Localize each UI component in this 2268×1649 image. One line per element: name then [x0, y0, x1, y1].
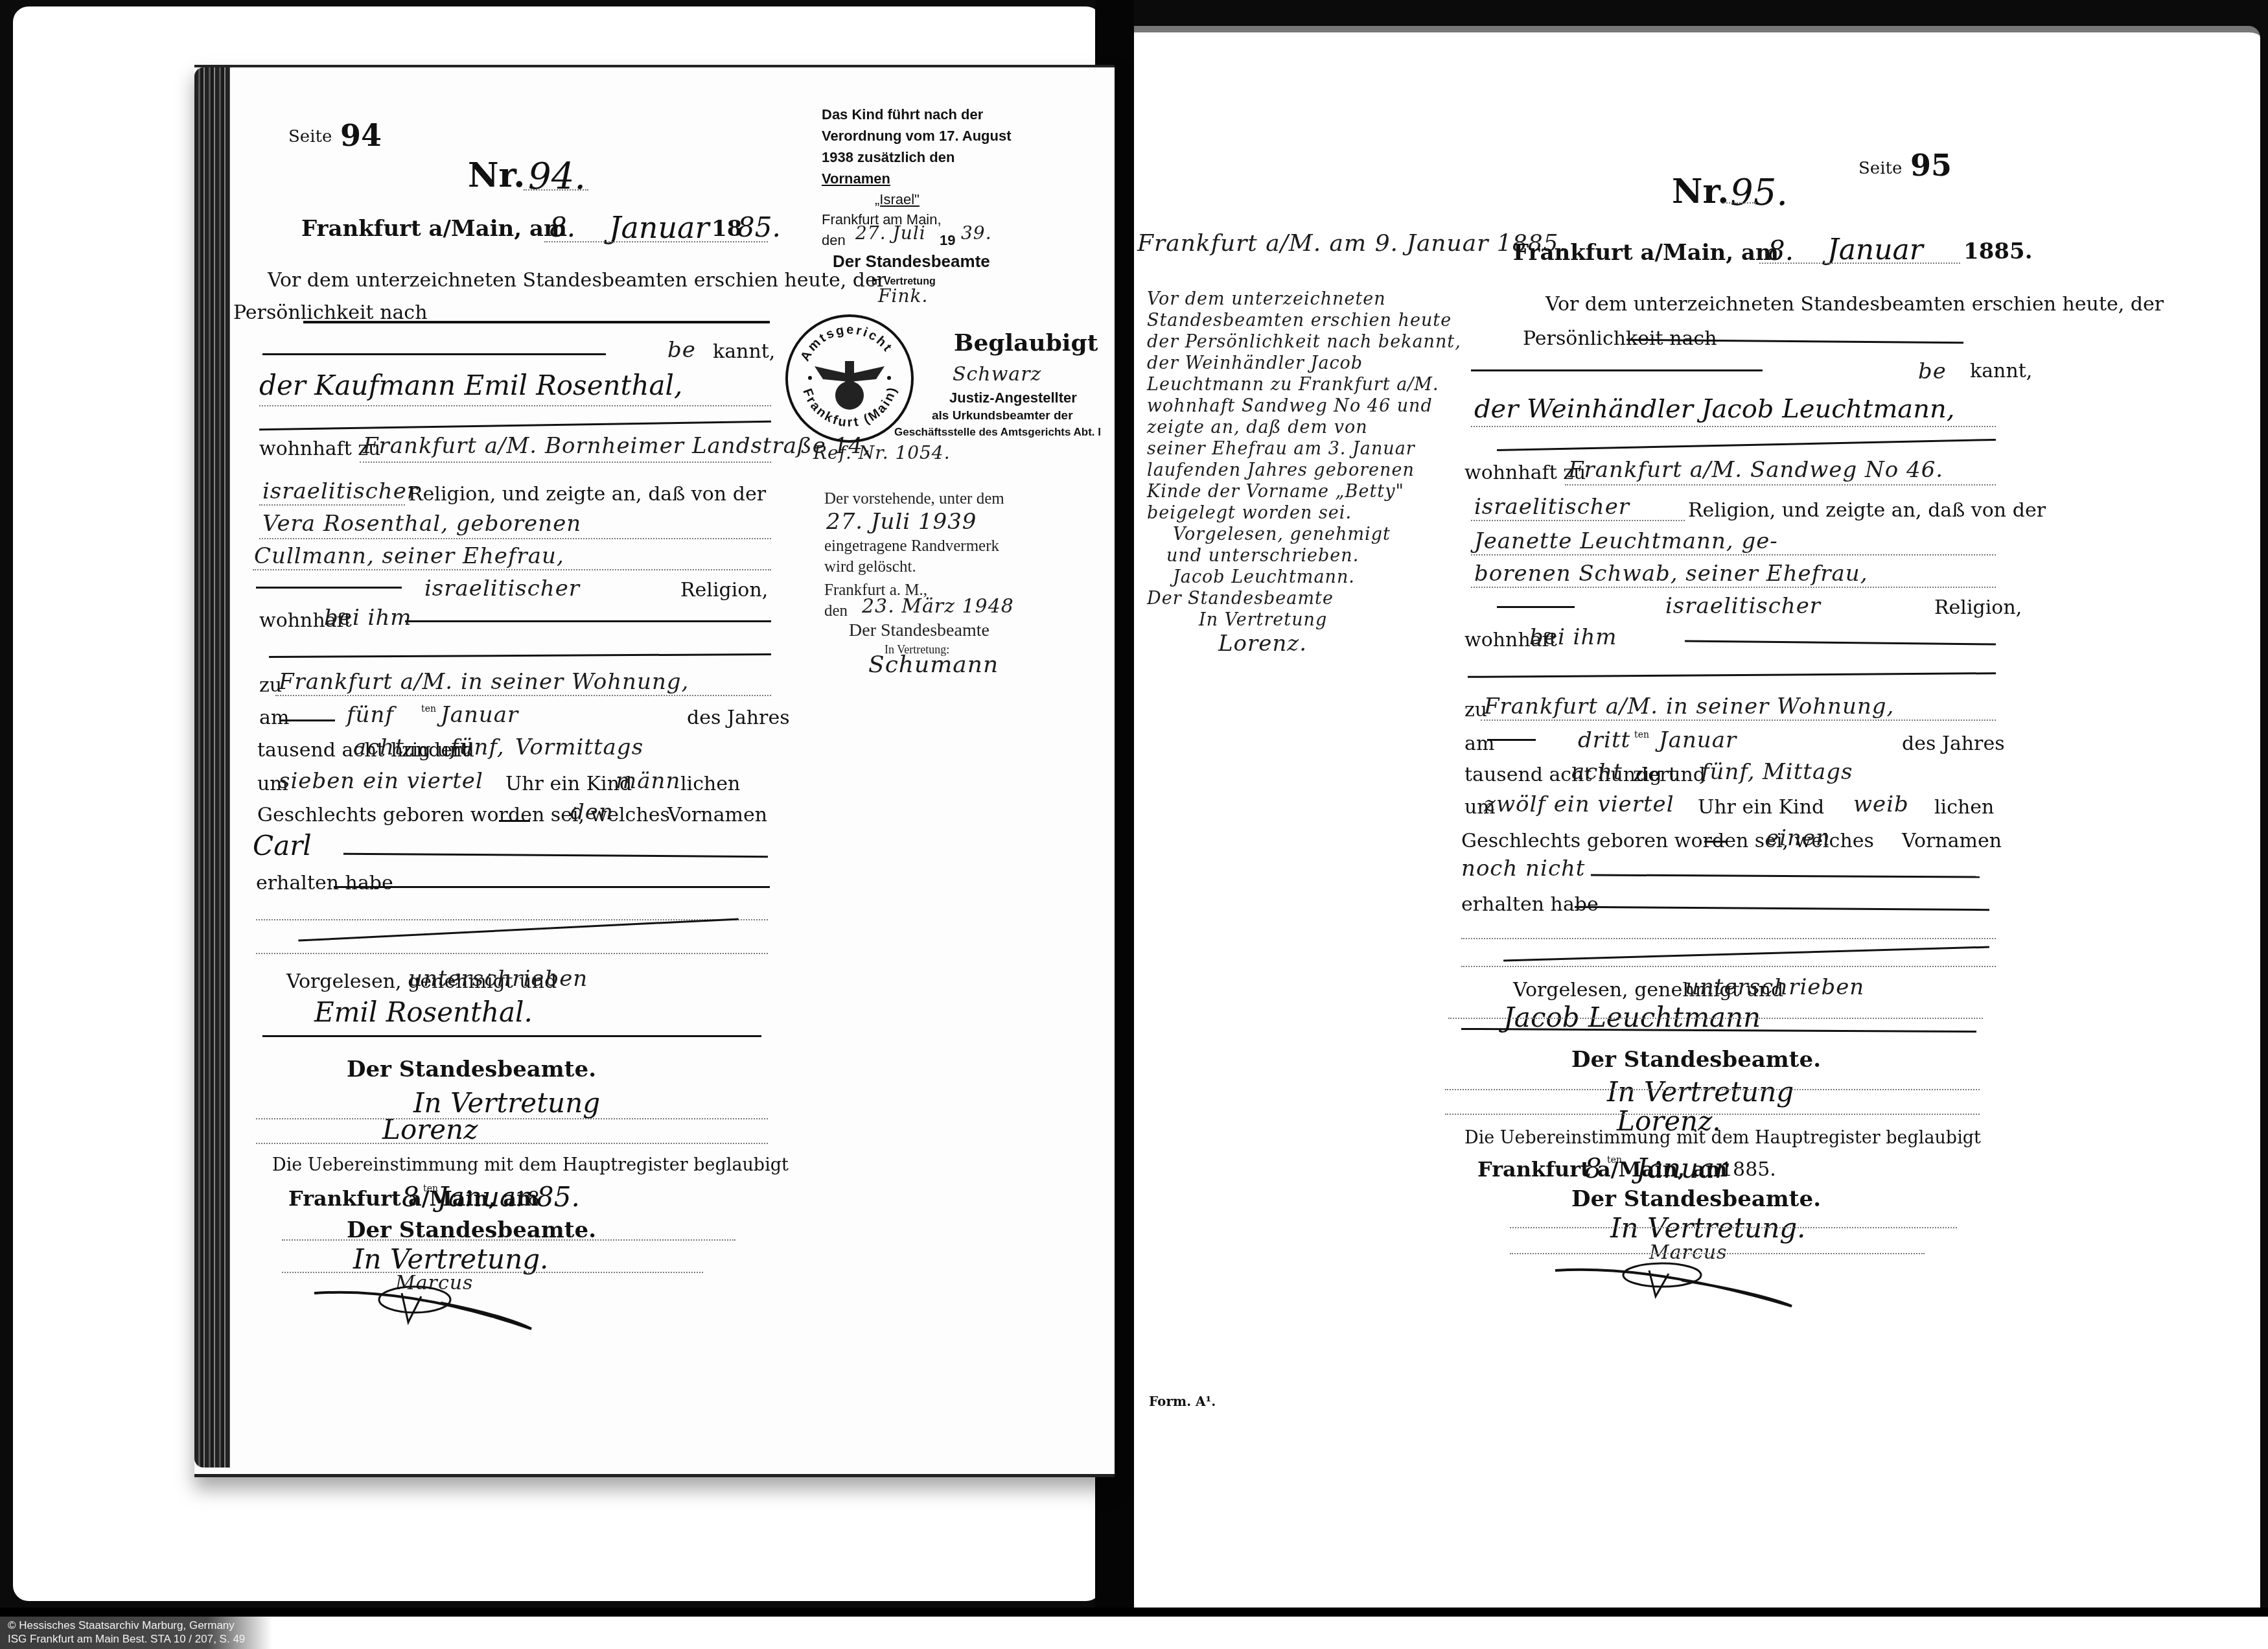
conformity-day: 8 [402, 1181, 419, 1213]
page-edge-binding [194, 67, 230, 1468]
margin-line: Standesbeamten erschien heute [1147, 310, 1471, 331]
ten-superscript: ten [421, 704, 436, 714]
annulment-den-label: den [824, 600, 848, 622]
record-year-right: 1885. [1963, 239, 2032, 264]
signed-word-right: unterschrieben [1685, 974, 1864, 1000]
margin-line: In Vertretung [1147, 609, 1471, 631]
annulment-date: 27. Juli 1939 [826, 509, 977, 535]
registrar2-signature-line1: In Vertretung. [353, 1243, 548, 1275]
stamp-line2: Verordnung vom 17. August [822, 125, 1012, 146]
scan-bottom-edge [0, 1608, 2268, 1617]
place-date-label-right: Frankfurt a/Main, am [1513, 240, 1779, 266]
copyright-line: © Hessisches Staatsarchiv Marburg, Germa… [8, 1619, 245, 1632]
margin-line: Der Standesbeamte [1147, 588, 1471, 609]
stamp-year: 39. [961, 222, 992, 244]
zig-label-right: zig und [1633, 764, 1706, 786]
margin-line: Vor dem unterzeichneten [1147, 288, 1471, 310]
received-label: erhalten habe [256, 872, 393, 895]
annulment-line2: eingetragene Randvermerk [824, 535, 999, 557]
den-word: den [570, 799, 614, 825]
margin-line: zeigte an, daß dem von [1147, 417, 1471, 438]
birth-unit-right: fünf, [1701, 759, 1755, 785]
margin-date: Frankfurt a/M. am 9. Januar 1885. [1137, 230, 1567, 257]
copyright-caption: © Hessisches Staatsarchiv Marburg, Germa… [8, 1619, 245, 1646]
annulment-line1: Der vorstehende, unter dem [824, 487, 1004, 510]
lichen-label: lichen [680, 773, 740, 795]
known-label-right: kannt, [1970, 360, 2032, 382]
birth-decade: acht [353, 734, 404, 760]
personality-label-right: Persönlichkeit nach [1523, 327, 1717, 350]
lichen-label-right: lichen [1934, 796, 1994, 819]
signed-word: unterschrieben [408, 966, 588, 992]
annulment-signature: Schumann [868, 651, 999, 678]
margin-line: beigelegt worden sei. [1147, 502, 1471, 524]
birth-month: Januar [441, 702, 518, 728]
stamp-title: Der Standesbeamte [833, 251, 990, 272]
annulment-date2: 23. März 1948 [862, 595, 1014, 618]
declarant-name: der Kaufmann Emil Rosenthal, [259, 369, 682, 401]
declarant-name-right: der Weinhändler Jacob Leuchtmann, [1474, 394, 1954, 424]
conformity-year-suffix: 85. [537, 1181, 580, 1213]
seite-label: Seite [288, 127, 332, 146]
record-date-month: Januar [609, 210, 710, 245]
source-reference-line: ISG Frankfurt am Main Best. STA 10 / 207… [8, 1632, 245, 1646]
margin-line: und unterschrieben. [1147, 545, 1471, 567]
margin-line: laufenden Jahres geborenen [1147, 460, 1471, 481]
birth-unit: fünf, [450, 734, 505, 760]
stamp-line3: 1938 zusätzlich den [822, 146, 955, 168]
am-label: am [259, 707, 289, 729]
mother-religion-right: israelitischer [1665, 593, 1821, 619]
margin-line: seiner Ehefrau am 3. Januar [1147, 438, 1471, 460]
page-number: 94 [340, 118, 382, 153]
time-of-day-right: Mittags [1763, 759, 1853, 785]
stamp-den-label: den [822, 229, 846, 251]
margin-line: der Persönlichkeit nach bekannt, [1147, 331, 1471, 353]
known-prefix: be [667, 337, 696, 363]
vornamen-label-right: Vornamen [1902, 830, 2002, 852]
mother-residence-right: bei ihm [1529, 624, 1617, 650]
religion-text-right: Religion, und zeigte an, daß von der [1688, 499, 2046, 522]
mother-residence: bei ihm [324, 605, 412, 631]
conformity-ten: ten [423, 1184, 438, 1194]
margin-line: wohnhaft Sandweg No 46 und [1147, 395, 1471, 417]
intro-text: Vor dem unterzeichneten Standesbeamten e… [268, 269, 886, 292]
den-word-right: einen [1766, 825, 1831, 851]
margin-note-right: Vor dem unterzeichneten Standesbeamten e… [1147, 288, 1471, 657]
birthplace-right: Frankfurt a/M. in seiner Wohnung, [1484, 694, 1894, 719]
eagle-icon [815, 361, 885, 410]
birth-day-right: dritt [1578, 727, 1630, 753]
known-label: kannt, [713, 340, 775, 363]
declarant-religion: israelitischer [262, 478, 418, 504]
religion-text: Religion, und zeigte an, daß von der [408, 483, 766, 506]
birth-time: sieben ein viertel [279, 768, 483, 794]
svg-text:Amtsgericht: Amtsgericht [798, 323, 895, 364]
signature-flourish-icon [311, 1283, 557, 1335]
record-date-day: 8. [550, 211, 575, 243]
record-number-label: Nr. [468, 156, 525, 195]
year-label: des Jahres [687, 707, 790, 729]
uhr-label: Uhr ein Kind [505, 773, 632, 795]
record-date-month-right: Januar [1827, 233, 1923, 266]
mother-religion-label: Religion, [680, 579, 768, 602]
conformity-text: Die Uebereinstimmung mit dem Hauptregist… [272, 1155, 789, 1175]
conformity-month-right: Januar [1636, 1152, 1728, 1184]
birthplace: Frankfurt a/M. in seiner Wohnung, [279, 669, 689, 695]
stamp-date: 27. Juli [855, 222, 926, 244]
declarant-signature: Emil Rosenthal. [314, 996, 533, 1028]
child-sex: männ [616, 768, 680, 794]
child-name-right: noch nicht [1461, 856, 1586, 882]
known-prefix-right: be [1918, 358, 1947, 384]
margin-line: Vorgelesen, genehmigt [1147, 524, 1471, 545]
registrar-title-right: Der Standesbeamte. [1571, 1047, 1821, 1073]
mother-name-line1-right: Jeanette Leuchtmann, ge- [1474, 528, 1778, 554]
place-date-label: Frankfurt a/Main, am [301, 216, 567, 242]
birth-decade-right: acht [1571, 759, 1623, 785]
stamp-line4: Vornamen [822, 168, 890, 189]
annulment-line3: wird gelöscht. [824, 556, 916, 578]
child-sex-right: weib [1853, 791, 1909, 817]
stamp-line1: Das Kind führt nach der [822, 104, 983, 125]
record-date-day-right: 8. [1768, 235, 1794, 266]
certification-signature: Schwarz [953, 363, 1041, 386]
record-number-right: 95. [1730, 172, 1788, 214]
stamp-added-name: „Israel" [875, 189, 920, 210]
mother-name-line2: Cullmann, seiner Ehefrau, [254, 543, 564, 569]
birth-month-right: Januar [1659, 727, 1737, 753]
seite-label-right: Seite [1858, 159, 1902, 178]
stamp-year-prefix: 19 [940, 229, 955, 251]
child-name: Carl [253, 830, 312, 861]
birth-time-right: zwölf ein viertel [1484, 791, 1674, 817]
registrar-signature-line1-right: In Vertretung [1607, 1076, 1794, 1108]
am-label-right: am [1464, 732, 1494, 755]
record-number: 94. [528, 156, 586, 198]
form-label: Form. A¹. [1149, 1394, 1216, 1409]
mother-name-line2-right: borenen Schwab, seiner Ehefrau, [1474, 561, 1868, 587]
certification-line3: Geschäftsstelle des Amtsgerichts Abt. I [894, 421, 1101, 443]
registrar-title: Der Standesbeamte. [347, 1057, 596, 1082]
signature-flourish-right-icon [1552, 1261, 1811, 1313]
declarant-residence-right: Frankfurt a/M. Sandweg No 46. [1568, 457, 1943, 483]
margin-line: der Weinhändler Jacob [1147, 353, 1471, 374]
caption-strip [0, 1617, 2268, 1649]
declarant-religion-right: israelitischer [1474, 494, 1630, 520]
received-label-right: erhalten habe [1461, 893, 1599, 916]
time-of-day: Vormittags [515, 734, 643, 760]
certification-reference: Ref. Nr. 1054. [813, 442, 951, 463]
record-number-label-right: Nr. [1672, 172, 1729, 211]
registrar-title-2-right: Der Standesbeamte. [1571, 1186, 1821, 1212]
vornamen-label: Vornamen [667, 804, 767, 826]
conformity-year-right: 1885. [1720, 1158, 1776, 1181]
uhr-label-right: Uhr ein Kind [1698, 796, 1824, 819]
page-number-right: 95 [1910, 148, 1952, 183]
conformity-day-right: 8 [1584, 1152, 1602, 1184]
ten-superscript-right: ten [1634, 730, 1649, 740]
intro-text-right: Vor dem unterzeichneten Standesbeamten e… [1545, 293, 2164, 316]
margin-line: Kinde der Vorname „Betty" [1147, 481, 1471, 502]
year-label-right: des Jahres [1902, 732, 2005, 755]
mother-name-line1: Vera Rosenthal, geborenen [262, 511, 581, 537]
margin-line: Lorenz. [1147, 631, 1471, 657]
margin-line: Leuchtmann zu Frankfurt a/M. [1147, 374, 1471, 395]
margin-line: Jacob Leuchtmann. [1147, 567, 1471, 588]
conformity-text-right: Die Uebereinstimmung mit dem Hauptregist… [1464, 1128, 1981, 1148]
mother-religion: israelitischer [424, 576, 580, 602]
birth-day: fünf [347, 702, 394, 728]
conformity-ten-right: ten [1607, 1155, 1622, 1165]
certified-title: Beglaubigt [954, 329, 1098, 357]
mother-religion-label-right: Religion, [1934, 596, 2022, 619]
record-year-suffix: 85. [737, 211, 781, 243]
stamp-signature: Fink. [878, 285, 928, 307]
